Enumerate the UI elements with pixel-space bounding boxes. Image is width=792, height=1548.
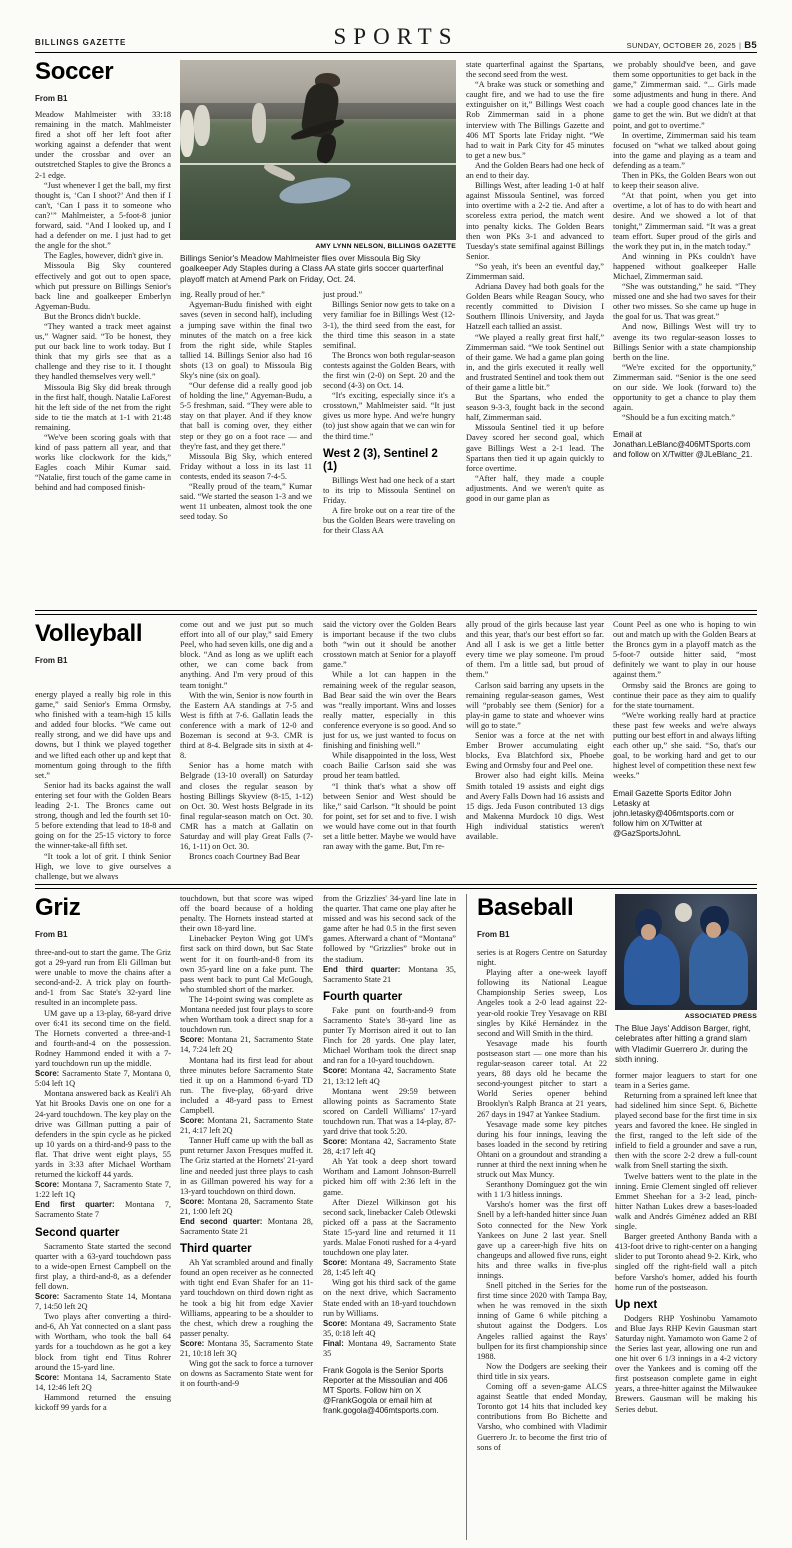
baseball-column-2: former major leaguers to start for one t… [615,1071,757,1415]
paragraph: Senior was a force at the net with Ember… [466,731,604,771]
paragraph: “After half, they made a couple adjustme… [466,474,604,504]
masthead-separator: | [739,41,741,50]
paragraph: “We're excited for the opportunity,” Zim… [613,363,756,413]
paragraph: And winning in PKs couldn't have happene… [613,252,756,282]
paragraph: from the Grizzlies' 34-yard line late in… [323,894,456,965]
score-label: Score: [180,1035,208,1044]
paragraph: touchdown, but that score was wiped off … [180,894,313,934]
masthead-date: SUNDAY, OCTOBER 26, 2025 [627,41,736,50]
paragraph: “We're working really hard at practice t… [613,711,756,782]
volleyball-column-4: ally proud of the girls because last yea… [466,620,604,880]
score-label: Score: [323,1066,351,1075]
paragraph: Montana had its first lead for about thr… [180,1056,313,1117]
masthead-rule [35,52,757,53]
paragraph: Returning from a sprained left knee that… [615,1091,757,1172]
paragraph: Billings West, after leading 1-0 at half… [466,181,604,262]
contact-signature: Frank Gogola is the Senior Sports Report… [323,1366,456,1416]
paragraph: “A brake was stuck or something and caug… [466,80,604,161]
player-jersey [689,929,749,1006]
paragraph: Carlson said barring any upsets in the r… [466,681,604,731]
score-line: Score: Montana 21, Sacramento State 14, … [180,1035,313,1055]
paragraph: Missoula Sentinel tied it up before Dave… [466,423,604,473]
column-subheading: Fourth quarter [323,991,456,1004]
score-line: Score: Montana 35, Sacramento State 21, … [180,1339,313,1359]
celebration-glove [675,903,692,922]
score-line: Score: Montana 28, Sacramento State 21, … [180,1197,313,1217]
score-line: Score: Montana 14, Sacramento State 14, … [35,1373,171,1393]
background-player [194,105,211,146]
background-player [252,103,266,143]
score-line: Score: Montana 7, Sacramento State 7, 1:… [35,1180,171,1200]
masthead-page-number: B5 [744,40,757,51]
score-line: Score: Montana 49, Sacramento State 35, … [323,1319,456,1339]
paragraph: “I think that's what a show off between … [323,782,456,853]
score-line: Final: Montana 49, Sacramento State 35 [323,1339,456,1359]
soccer-column-4: state quarterfinal against the Spartans,… [466,60,604,606]
paragraph: Hammond returned the ensuing kickoff 99 … [35,1393,171,1413]
paragraph: Snell pitched in the Series for the firs… [477,1281,607,1362]
score-label: End third quarter: [323,965,408,974]
paragraph: “They wanted a track meet against us,” W… [35,322,171,383]
paragraph: Barger greeted Anthony Banda with a 413-… [615,1232,757,1293]
paragraph: The Broncs won both regular-season conte… [323,351,455,391]
paragraph: Wing got the sack to force a turnover on… [180,1359,313,1389]
baseball-column-1: series is at Rogers Centre on Saturday n… [477,948,607,1540]
paragraph: Then in PKs, the Golden Bears won out to… [613,171,756,191]
paragraph: Fake punt on fourth-and-9 from Sacrament… [323,1006,456,1067]
griz-from-tag: From B1 [35,930,67,939]
griz-headline: Griz [35,894,80,922]
score-line: Score: Montana 49, Sacramento State 28, … [323,1258,456,1278]
soccer-column-5: we probably should've been, and gave the… [613,60,756,606]
paragraph: With the win, Senior is now fourth in th… [180,691,313,762]
paragraph: Missoula Big Sky did break through in th… [35,383,171,433]
paragraph: Missoula Big Sky, which entered Friday w… [180,452,312,482]
paragraph: The 14-point swing was complete as Monta… [180,995,313,1035]
score-label: Score: [180,1197,208,1206]
soccer-photo [180,60,456,240]
player-jersey [624,933,681,1005]
soccer-photo-caption: Billings Senior's Meadow Mahlmeister fli… [180,253,456,284]
baseball-from-tag: From B1 [477,930,509,939]
paragraph: Varsho's homer was the first off Snell b… [477,1200,607,1281]
paragraph: Dodgers RHP Yoshinobu Yamamoto and Blue … [615,1314,757,1415]
score-label: Final: [323,1339,348,1348]
paragraph: “It took a lot of grit. I think Senior H… [35,852,171,881]
paragraph: Now the Dodgers are seeking their third … [477,1362,607,1382]
paragraph: Yesavage made his fourth postseason star… [477,1039,607,1120]
score-label: Score: [323,1319,351,1328]
paragraph: come out and we just put so much effort … [180,620,313,691]
score-label: Score: [180,1339,208,1348]
paragraph: Montana answered back as Keali'i Ah Yat … [35,1089,171,1180]
paragraph: Senior has a home match with Belgrade (1… [180,761,313,852]
paragraph: Brower also had eight kills. Meina Smith… [466,771,604,842]
paragraph: Ah Yat scrambled around and finally foun… [180,1258,313,1339]
soccer-headline: Soccer [35,58,113,86]
paragraph: While a lot can happen in the remaining … [323,670,456,751]
paragraph: “We've been scoring goals with that kind… [35,433,171,494]
soccer-photo-block: AMY LYNN NELSON, BILLINGS GAZETTE Billin… [180,60,456,606]
baseball-photo-block: ASSOCIATED PRESS The Blue Jays' Addison … [615,894,757,1540]
paragraph: Ormsby said the Broncs are going to cont… [613,681,756,711]
baseball-photo [615,894,757,1010]
newspaper-page: BILLINGS GAZETTE SPORTS SUNDAY, OCTOBER … [0,0,792,1548]
score-label: Score: [323,1258,351,1267]
paragraph: ing. Really proud of her.” [180,290,312,300]
paragraph: “So yeah, it's been an eventful day,” Zi… [466,262,604,282]
paragraph: A fire broke out on a rear tire of the b… [323,506,455,536]
paragraph: “At that point, when you get into overti… [613,191,756,252]
contact-signature: Email at Jonathan.LeBlanc@406MTSports.co… [613,430,756,460]
paragraph: former major leaguers to start for one t… [615,1071,757,1091]
volleyball-from-tag: From B1 [35,656,67,665]
paragraph: “Should be a fun exciting match.” [613,413,756,423]
paragraph: Coming off a seven-game ALCS against Sea… [477,1382,607,1453]
paragraph: we probably should've been, and gave the… [613,60,756,131]
paragraph: While disappointed in the loss, West coa… [323,751,456,781]
volleyball-column-1: energy played a really big role in this … [35,690,171,880]
goalkeeper-silhouette [262,162,296,184]
score-label: Score: [35,1180,62,1189]
paragraph: In overtime, Zimmerman said his team foc… [613,131,756,171]
score-line: Score: Montana 42, Sacramento State 21, … [323,1066,456,1086]
soccer-photo-credit: AMY LYNN NELSON, BILLINGS GAZETTE [180,243,456,250]
baseball-photo-caption: The Blue Jays' Addison Barger, right, ce… [615,1023,757,1065]
paragraph: Agyeman-Budu finished with eight saves (… [180,300,312,381]
score-line: Score: Sacramento State 7, Montana 0, 5:… [35,1069,171,1089]
soccer-column-1: Meadow Mahlmeister with 33:18 remaining … [35,110,171,606]
masthead-dateline: SUNDAY, OCTOBER 26, 2025|B5 [627,40,757,51]
paragraph: Tanner Huff came up with the ball as pun… [180,1136,313,1197]
paragraph: And the Golden Bears had one heck of an … [466,161,604,181]
soccer-column-3: just proud.”Billings Senior now gets to … [323,290,455,582]
column-subheading: Third quarter [180,1243,313,1256]
column-divider-rule [466,894,467,1540]
paragraph: Sacramento State started the second quar… [35,1242,171,1292]
score-line: Score: Montana 21, Sacramento State 21, … [180,1116,313,1136]
section-divider-rule [35,884,757,889]
paragraph: Missoula Big Sky countered effectively a… [35,261,171,311]
score-label: Score: [323,1137,351,1146]
score-line: End first quarter: Montana 7, Sacramento… [35,1200,171,1220]
paragraph: UM gave up a 13-play, 68-yard drive over… [35,1009,171,1070]
volleyball-column-3: said the victory over the Golden Bears i… [323,620,456,880]
paragraph: Ah Yat took a deep short toward Wortham … [323,1157,456,1197]
paragraph: “We played a really great first half,” Z… [466,333,604,394]
column-subheading: Second quarter [35,1227,171,1240]
paragraph: “Really proud of the team,” Kumar said. … [180,482,312,522]
paragraph: Broncs coach Courtney Bad Bear [180,852,313,862]
paragraph: Count Peel as one who is hoping to win o… [613,620,756,681]
column-subheading: Up next [615,1299,757,1312]
contact-signature: Email Gazette Sports Editor John Letasky… [613,789,756,839]
paragraph: And now, Billings West will try to aveng… [613,322,756,362]
paragraph: series is at Rogers Centre on Saturday n… [477,948,607,968]
score-label: End first quarter: [35,1200,125,1209]
score-label: End second quarter: [180,1217,268,1226]
paragraph: Seranthony Domínguez got the win with 1 … [477,1180,607,1200]
column-subheading: West 2 (3), Sentinel 2 (1) [323,448,455,474]
paragraph: Meadow Mahlmeister with 33:18 remaining … [35,110,171,181]
field-line [180,163,456,165]
score-line: End second quarter: Montana 28, Sacramen… [180,1217,313,1237]
griz-column-3: from the Grizzlies' 34-yard line late in… [323,894,456,1540]
score-label: Score: [180,1116,208,1125]
paragraph: ally proud of the girls because last yea… [466,620,604,681]
soccer-from-tag: From B1 [35,94,67,103]
paragraph: just proud.” [323,290,455,300]
score-line: Score: Sacramento State 14, Montana 7, 1… [35,1292,171,1312]
paragraph: “Just whenever I get the ball, my first … [35,181,171,252]
griz-column-2: touchdown, but that score was wiped off … [180,894,313,1540]
paragraph: Senior had its backs against the wall en… [35,781,171,852]
soccer-subcolumns: ing. Really proud of her.”Agyeman-Budu f… [180,290,456,582]
score-line: Score: Montana 42, Sacramento State 28, … [323,1137,456,1157]
paragraph: After Diezel Wilkinson got his second sa… [323,1198,456,1259]
paragraph: Wing got his third sack of the game on t… [323,1278,456,1318]
score-label: Score: [35,1373,63,1382]
paragraph: The Eagles, however, didn't give in. [35,251,171,261]
paragraph: Montana went 29:59 between allowing poin… [323,1087,456,1137]
paragraph: Linebacker Peyton Wing got UM's first sa… [180,934,313,995]
volleyball-column-2: come out and we just put so much effort … [180,620,313,880]
paragraph: Playing after a one-week layoff followin… [477,968,607,1039]
volleyball-headline: Volleyball [35,620,142,648]
paragraph: Two plays after converting a third-and-6… [35,1312,171,1373]
score-label: Score: [35,1069,62,1078]
paragraph: “She was outstanding,” he said. “They mi… [613,282,756,322]
soccer-column-2: ing. Really proud of her.”Agyeman-Budu f… [180,290,312,582]
volleyball-column-5: Count Peel as one who is hoping to win o… [613,620,756,880]
paragraph: But the Broncs didn't buckle. [35,312,171,322]
griz-column-1: three-and-out to start the game. The Gri… [35,948,171,1540]
paragraph: state quarterfinal against the Spartans,… [466,60,604,80]
paragraph: Yesavage made some key pitches during hi… [477,1120,607,1181]
paragraph: Billings Senior now gets to take on a ve… [323,300,455,350]
paragraph: “It's exciting, especially since it's a … [323,391,455,441]
baseball-headline: Baseball [477,894,573,922]
paragraph: said the victory over the Golden Bears i… [323,620,456,670]
paragraph: three-and-out to start the game. The Gri… [35,948,171,1009]
paragraph: Adriana Davey had both goals for the Gol… [466,282,604,332]
section-divider-rule [35,610,757,615]
paragraph: “Our defense did a really good job of ho… [180,381,312,452]
background-player [180,110,194,157]
baseball-photo-credit: ASSOCIATED PRESS [615,1013,757,1020]
paragraph: energy played a really big role in this … [35,690,171,781]
score-line: End third quarter: Montana 35, Sacrament… [323,965,456,985]
score-label: Score: [35,1292,63,1301]
paragraph: But the Spartans, who ended the season 9… [466,393,604,423]
paragraph: Billings West had one heck of a start to… [323,476,455,506]
paragraph: Twelve batters went to the plate in the … [615,1172,757,1233]
